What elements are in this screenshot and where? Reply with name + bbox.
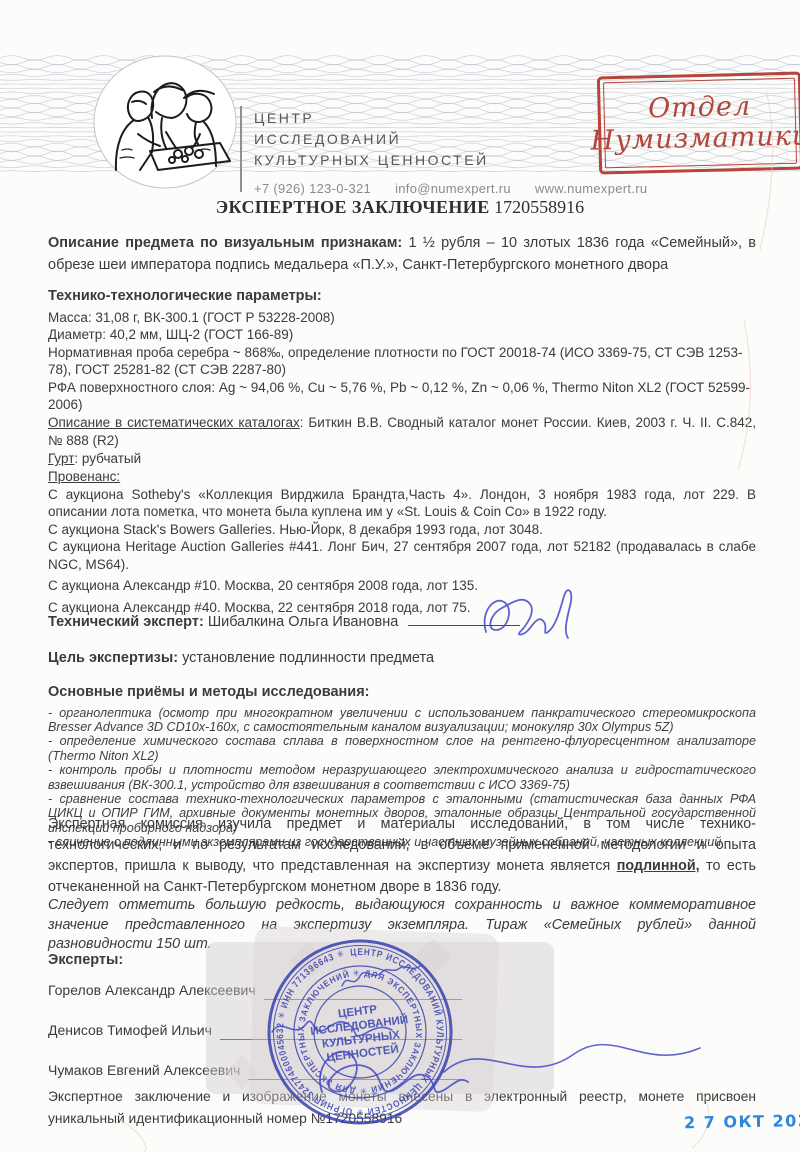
edge-type: Гурт: рубчатый: [48, 450, 756, 468]
conclusion: Экспертная комиссия изучила предмет и ма…: [48, 814, 756, 898]
provenance-entry: С аукциона Heritage Auction Galleries #4…: [48, 538, 756, 573]
expertise-purpose: Цель экспертизы: установление подлинност…: [48, 650, 756, 668]
expert-row: Горелов Александр Алексеевич: [48, 982, 462, 1000]
provenance: Провенанс: С аукциона Sotheby's «Коллекц…: [48, 468, 756, 616]
date-received-stamp: 2 7 ОКТ 2025: [684, 1111, 800, 1132]
provenance-entry: С аукциона Stack's Bowers Galleries. Нью…: [48, 521, 756, 539]
tech-param-line: РФА поверхностного слоя: Ag ~ 94,06 %, C…: [48, 379, 756, 414]
provenance-entry: С аукциона Александр #10. Москва, 20 сен…: [48, 577, 756, 595]
tech-params: Технико-технологические параметры: Масса…: [48, 288, 756, 414]
experts-label: Эксперты:: [48, 952, 756, 970]
expert-row: Чумаков Евгений Алексеевич: [48, 1062, 462, 1080]
tech-param-line: Масса: 31,08 г, ВК-300.1 (ГОСТ Р 53228-2…: [48, 309, 756, 327]
signature-line: [248, 1067, 462, 1080]
registry-note: Экспертное заключение и изображение моне…: [48, 1086, 756, 1130]
technical-expert: Технический эксперт: Шибалкина Ольга Ива…: [48, 612, 756, 632]
method-item: - контроль пробы и плотности методом нер…: [48, 763, 756, 792]
tech-param-line: Диаметр: 40,2 мм, ШЦ-2 (ГОСТ 166-89): [48, 326, 756, 344]
signature-line: [264, 987, 462, 1000]
rarity-note: Следует отметить большую редкость, выдаю…: [48, 896, 756, 955]
signature-line: [220, 1027, 462, 1040]
tech-param-line: Нормативная проба серебра ~ 868‰, опреде…: [48, 344, 756, 379]
signature-line: [408, 612, 520, 626]
technical-expert-name: Шибалкина Ольга Ивановна: [208, 614, 399, 630]
method-item: - органолептика (осмотр при многократном…: [48, 706, 756, 735]
document-body: Описание предмета по визуальным признака…: [48, 0, 756, 1152]
method-item: - определение химического состава сплава…: [48, 734, 756, 763]
expert-certificate-page: { "colors": { "body_text": "#3b3b3b", "r…: [0, 0, 800, 1152]
visual-description: Описание предмета по визуальным признака…: [48, 232, 756, 276]
provenance-label: Провенанс:: [48, 468, 756, 486]
catalog-reference: Описание в систематических каталогах: Би…: [48, 414, 756, 449]
provenance-entry: С аукциона Sotheby's «Коллекция Вирджила…: [48, 486, 756, 521]
authenticity-verdict: подлинной,: [617, 858, 700, 874]
expert-row: Денисов Тимофей Ильич: [48, 1022, 462, 1040]
